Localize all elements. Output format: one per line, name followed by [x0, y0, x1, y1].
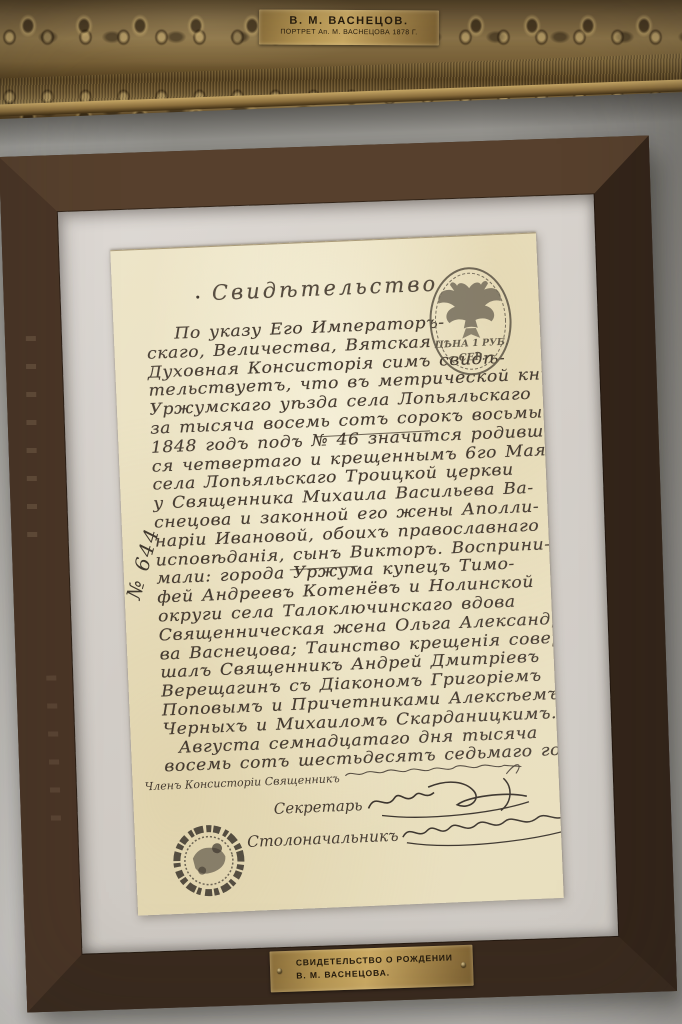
- plaque-subtitle: ПОРТРЕТ Ап. М. ВАСНЕЦОВА 1878 Г.: [259, 29, 439, 37]
- brass-plaque-bottom: СВИДЕТЕЛЬСТВО О РОЖДЕНИИ В. М. ВАСНЕЦОВА…: [269, 945, 473, 993]
- certificate-document: № 644 ЦѢНА 1 РУБ. СЕР. Свидѣтельство По …: [110, 232, 564, 915]
- clerk-signature: [398, 806, 564, 850]
- brass-plaque-top: В. М. ВАСНЕЦОВ. ПОРТРЕТ Ап. М. ВАСНЕЦОВА…: [259, 10, 439, 46]
- double-headed-eagle-icon: [438, 280, 503, 329]
- mat-board: № 644 ЦѢНА 1 РУБ. СЕР. Свидѣтельство По …: [58, 194, 618, 953]
- plaque-subtitle: В. М. ВАСНЕЦОВА.: [296, 965, 465, 981]
- secretary-label: Секретарь: [273, 796, 362, 818]
- framed-certificate: № 644 ЦѢНА 1 РУБ. СЕР. Свидѣтельство По …: [0, 135, 677, 1012]
- museum-wall-photo: В. М. ВАСНЕЦОВ. ПОРТРЕТ Ап. М. ВАСНЕЦОВА…: [0, 0, 682, 1024]
- imperial-revenue-stamp-icon: ЦѢНА 1 РУБ. СЕР.: [425, 264, 516, 378]
- screw-icon: [277, 968, 282, 973]
- document-body: По указу Его Императоръ- скаго, Величест…: [113, 308, 563, 778]
- wood-wear-mark: [26, 336, 38, 556]
- svg-text:ЦѢНА 1 РУБ.: ЦѢНА 1 РУБ.: [433, 337, 508, 351]
- clerk-label: Столоначальникъ: [247, 827, 399, 851]
- plaque-title: В. М. ВАСНЕЦОВ.: [259, 15, 439, 28]
- screw-icon: [461, 962, 466, 967]
- wooden-frame: № 644 ЦѢНА 1 РУБ. СЕР. Свидѣтельство По …: [0, 135, 677, 1012]
- svg-text:СЕР.: СЕР.: [459, 352, 486, 364]
